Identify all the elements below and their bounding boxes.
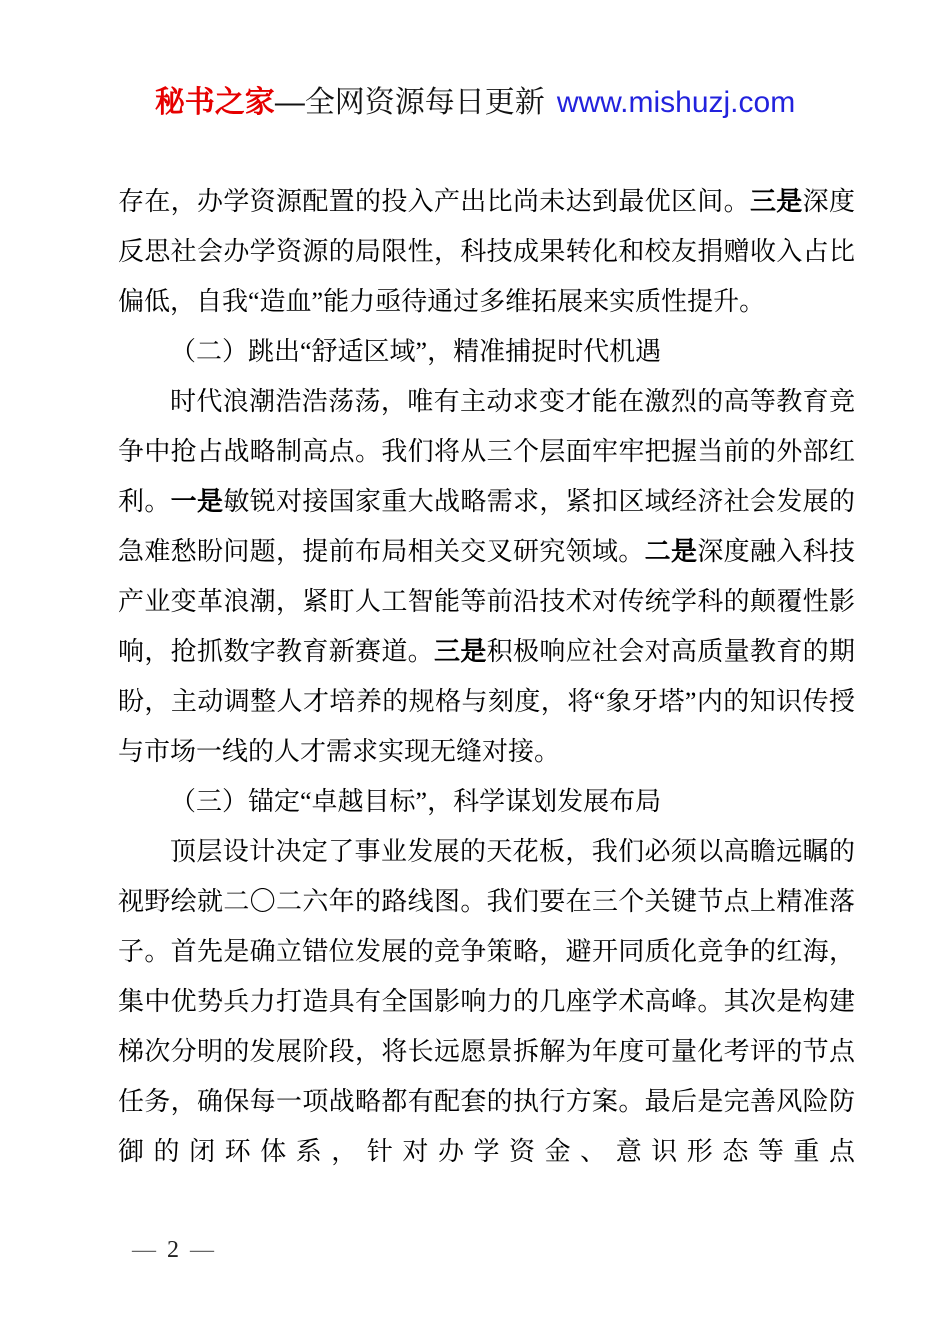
section-heading-3: （三）锚定“卓越目标”，科学谋划发展布局 bbox=[118, 777, 855, 827]
header-separator: — bbox=[275, 86, 305, 119]
page-number-dash-left: — bbox=[132, 1237, 156, 1263]
emphasis-run: 三是 bbox=[750, 187, 803, 216]
page-number-dash-right: — bbox=[190, 1237, 214, 1263]
document-page: 秘书之家—全网资源每日更新www.mishuzj.com 存在，办学资源配置的投… bbox=[0, 0, 950, 1344]
site-url-link[interactable]: www.mishuzj.com bbox=[557, 86, 795, 119]
page-number: —2— bbox=[132, 1236, 214, 1264]
paragraph-continuation: 存在，办学资源配置的投入产出比尚未达到最优区间。三是深度反思社会办学资源的局限性… bbox=[118, 177, 855, 327]
document-body: 存在，办学资源配置的投入产出比尚未达到最优区间。三是深度反思社会办学资源的局限性… bbox=[118, 177, 855, 1177]
page-number-value: 2 bbox=[167, 1237, 179, 1263]
emphasis-run: 三是 bbox=[434, 637, 487, 666]
site-brand: 秘书之家 bbox=[155, 86, 275, 119]
section-heading-2: （二）跳出“舒适区域”，精准捕捉时代机遇 bbox=[118, 327, 855, 377]
header-tagline: 全网资源每日更新 bbox=[305, 86, 545, 119]
page-header: 秘书之家—全网资源每日更新www.mishuzj.com bbox=[0, 86, 950, 120]
emphasis-run: 一是 bbox=[171, 487, 224, 516]
paragraph-section-3: 顶层设计决定了事业发展的天花板，我们必须以高瞻远瞩的视野绘就二〇二六年的路线图。… bbox=[118, 827, 855, 1177]
paragraph-section-2: 时代浪潮浩浩荡荡，唯有主动求变才能在激烈的高等教育竞争中抢占战略制高点。我们将从… bbox=[118, 377, 855, 777]
emphasis-run: 二是 bbox=[645, 537, 698, 566]
text-run: 存在，办学资源配置的投入产出比尚未达到最优区间。 bbox=[118, 187, 750, 216]
